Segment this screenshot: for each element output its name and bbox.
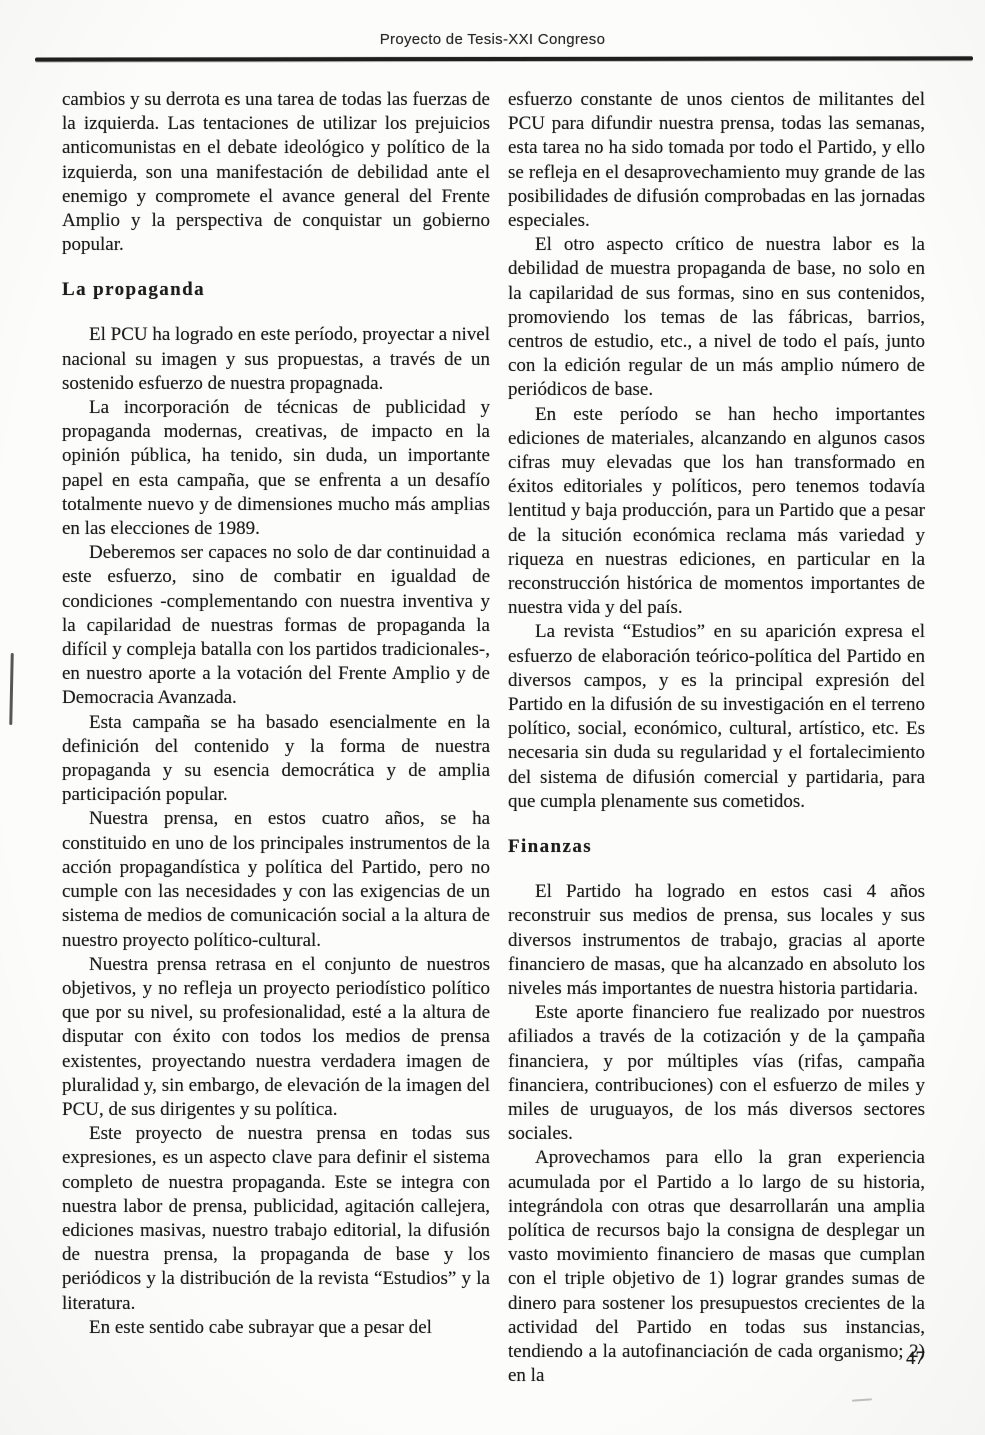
paragraph: Deberemos ser capaces no solo de dar con… <box>62 541 490 710</box>
paragraph: cambios y su derrota es una tarea de tod… <box>62 88 490 257</box>
paragraph: Este proyecto de nuestra prensa en todas… <box>62 1122 490 1316</box>
paragraph: La revista “Estudios” en su aparición ex… <box>508 620 925 814</box>
paragraph: En este período se han hecho importantes… <box>508 403 925 621</box>
section-heading: La propaganda <box>62 279 490 301</box>
running-header-title: Proyecto de Tesis-XXI Congreso <box>0 31 985 48</box>
paragraph: El Partido ha logrado en estos casi 4 añ… <box>508 880 925 1001</box>
section-heading: Finanzas <box>508 836 925 858</box>
paragraph: Este aporte financiero fue realizado por… <box>508 1001 925 1146</box>
margin-pen-mark <box>9 653 14 725</box>
paragraph: Nuestra prensa, en estos cuatro años, se… <box>62 807 490 952</box>
two-column-layout: cambios y su derrota es una tarea de tod… <box>62 88 925 1388</box>
paragraph: esfuerzo constante de unos cientos de mi… <box>508 88 925 233</box>
scan-artifact-mark <box>852 1398 872 1401</box>
paragraph: El otro aspecto crítico de nuestra labor… <box>508 233 925 402</box>
paragraph: En este sentido cabe subrayar que a pesa… <box>62 1316 490 1340</box>
right-column: esfuerzo constante de unos cientos de mi… <box>508 88 925 1388</box>
paragraph: La incorporación de técnicas de publicid… <box>62 396 490 541</box>
paragraph: Esta campaña se ha basado esencialmente … <box>62 711 490 808</box>
page-number: 47 <box>906 1348 925 1370</box>
paragraph: Aprovechamos para ello la gran experienc… <box>508 1146 925 1388</box>
header-rule <box>35 56 973 61</box>
left-column: cambios y su derrota es una tarea de tod… <box>62 88 490 1388</box>
document-page: Proyecto de Tesis-XXI Congreso cambios y… <box>0 0 985 1435</box>
paragraph: Nuestra prensa retrasa en el conjunto de… <box>62 953 490 1122</box>
paragraph: El PCU ha logrado en este período, proye… <box>62 323 490 396</box>
